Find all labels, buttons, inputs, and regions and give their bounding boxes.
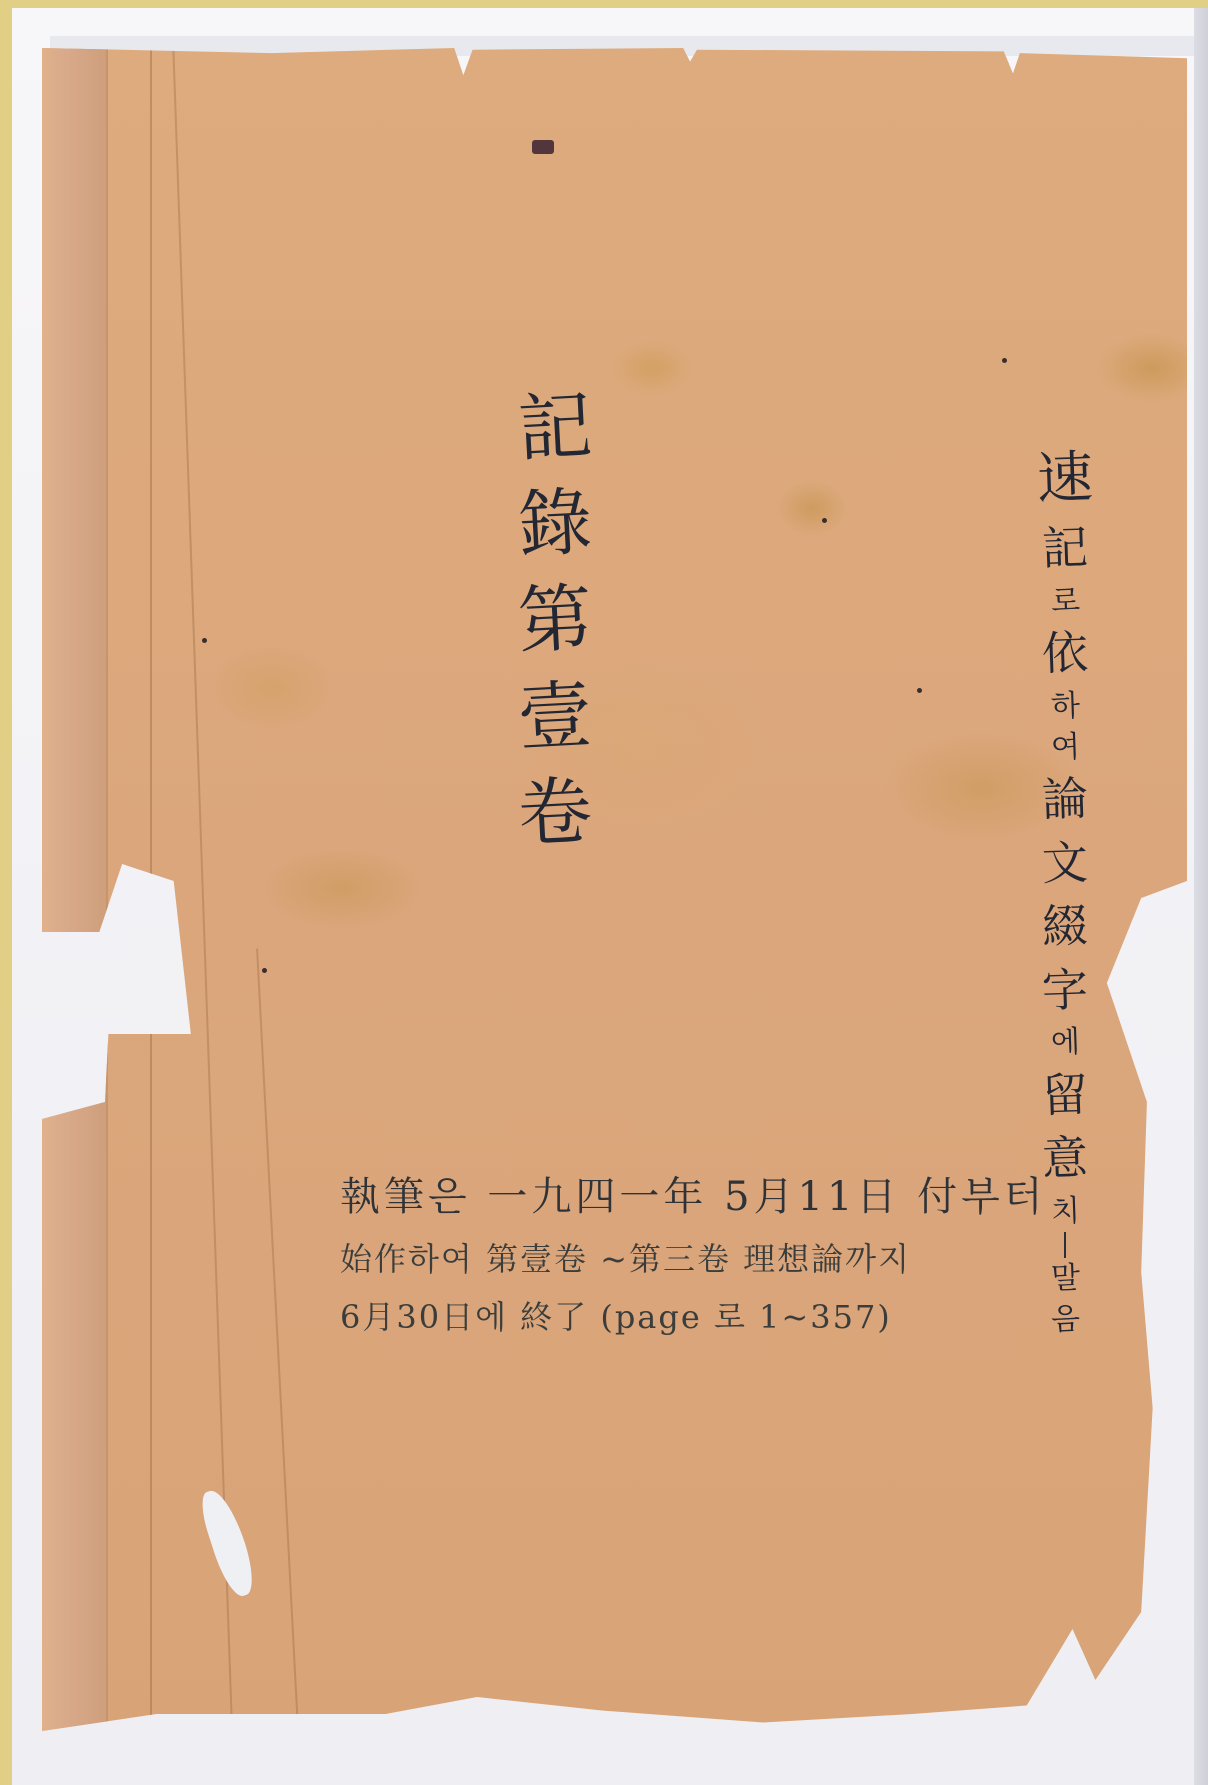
title-char: 卷 (516, 763, 595, 863)
note-char: 음 (1050, 1299, 1080, 1341)
title-char: 錄 (516, 474, 595, 574)
ink-blot (532, 140, 554, 154)
document-title: 記 錄 第 壹 卷 (500, 380, 610, 861)
note-char: 留 (1041, 1063, 1089, 1128)
ink-speck (822, 518, 827, 523)
ink-speck (202, 638, 207, 643)
note-char: 綴 (1041, 895, 1089, 960)
paper-tear-hole (196, 1486, 260, 1601)
paper-crease (172, 48, 233, 1747)
note-char: 여 (1050, 726, 1080, 768)
note-char: 하 (1050, 685, 1080, 727)
note-char: 依 (1041, 621, 1089, 686)
note-char: 文 (1041, 831, 1089, 896)
note-char: 말 (1050, 1257, 1080, 1299)
title-char: 記 (516, 378, 595, 478)
ink-speck (262, 968, 267, 973)
dash-mark (1064, 1232, 1066, 1258)
note-char: 論 (1041, 768, 1089, 833)
note-char: 치 (1050, 1190, 1080, 1232)
colophon-block: 執筆은 一九四一年 5月11日 付부터 始作하여 第壹卷 ~第三卷 理想論까지 … (340, 1165, 1000, 1350)
colophon-line-3: 6月30日에 終了 (page 로 1~357) (340, 1292, 1000, 1338)
binding-spine (42, 48, 108, 1748)
title-char: 壹 (516, 667, 595, 767)
page-edge-shadow (1194, 8, 1208, 1785)
title-char: 第 (516, 571, 595, 671)
note-char: 에 (1050, 1022, 1080, 1064)
note-char: 速 (1036, 439, 1095, 518)
colophon-line-1: 執筆은 一九四一年 5月11日 付부터 (340, 1165, 1000, 1222)
note-char: 記 (1041, 516, 1089, 581)
note-char: 意 (1041, 1126, 1089, 1191)
note-char: 로 (1050, 580, 1080, 622)
colophon-line-2: 始作하여 第壹卷 ~第三卷 理想論까지 (340, 1234, 1000, 1280)
ink-speck (1002, 358, 1007, 363)
document-page (42, 48, 1187, 1748)
ink-speck (917, 688, 922, 693)
note-char: 字 (1041, 958, 1089, 1023)
paper-crease (256, 948, 300, 1747)
